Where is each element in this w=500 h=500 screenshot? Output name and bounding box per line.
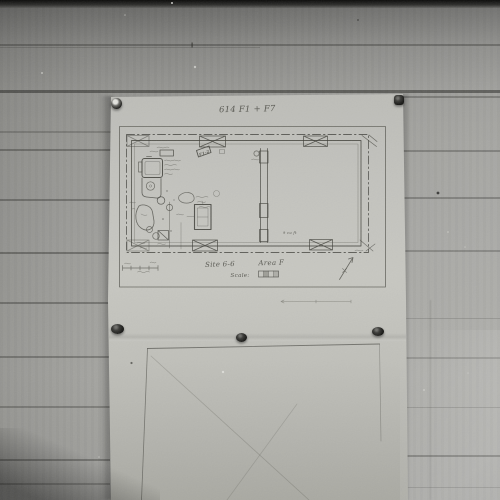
building-wall-inner (135, 144, 359, 243)
pencil-dot (170, 230, 171, 231)
plan-annotations (123, 258, 382, 500)
wall-corner-brace (362, 135, 377, 147)
lower-sheet-rectangle (380, 344, 382, 441)
door-feature (158, 231, 169, 241)
wall-xbox (127, 136, 149, 147)
wall-corner-brace (360, 240, 375, 251)
artifact-circle (214, 191, 220, 197)
feature-rect-small (220, 150, 225, 154)
pushpin-top-left (111, 98, 122, 109)
caption-area: Area F (257, 259, 285, 268)
wall-xbox (127, 240, 149, 251)
fixture-circle (254, 151, 259, 156)
boot-inner-mark (141, 214, 147, 215)
caption-scale-label: Scale: (231, 273, 250, 279)
lower-sheet-diagonal (151, 356, 309, 500)
pot-feature (146, 182, 154, 190)
plan-linework (120, 127, 386, 288)
pencil-dot (173, 199, 174, 200)
wall-xbox (310, 240, 333, 251)
light-patch (400, 330, 500, 500)
pushpin-mid-center (236, 333, 247, 342)
boot-feature (136, 205, 154, 230)
lower-sheet-diagonal (227, 404, 297, 500)
lower-sheet-rectangle (148, 344, 380, 349)
measure-line (281, 300, 351, 303)
scale-bar-fill (274, 271, 279, 277)
stove-side-box (139, 162, 143, 172)
scale-bar-fill (264, 271, 269, 277)
artifact-blob (179, 192, 195, 203)
wall-xbox (193, 240, 218, 251)
stove-feature-inner (145, 162, 160, 175)
wall-xbox (304, 136, 328, 147)
wall-xbox (200, 136, 226, 147)
bin-feature (142, 178, 161, 198)
pencil-dot (166, 190, 167, 191)
pencil-dot (162, 218, 164, 220)
pot-feature-center (149, 185, 151, 187)
plan-frame (120, 127, 386, 288)
feature-tag-label: F1-2 (197, 149, 210, 158)
shadow-corner (0, 428, 160, 500)
photo-scene: 614 F1 + F7 Site 6-6 Area F Scale: F1-2 … (0, 0, 500, 500)
caption-site: Site 6-6 (205, 260, 235, 269)
pushpin-top-right (394, 95, 404, 105)
mini-scale-bar (123, 266, 159, 271)
plan-title: 614 F1 + F7 (219, 103, 276, 114)
pushpin-mid-left (111, 324, 124, 334)
pushpin-mid-right (372, 327, 384, 336)
feature-rect (160, 150, 174, 156)
artifact-circle (157, 197, 165, 205)
room-volume-note: 9 cu ft (283, 231, 297, 235)
